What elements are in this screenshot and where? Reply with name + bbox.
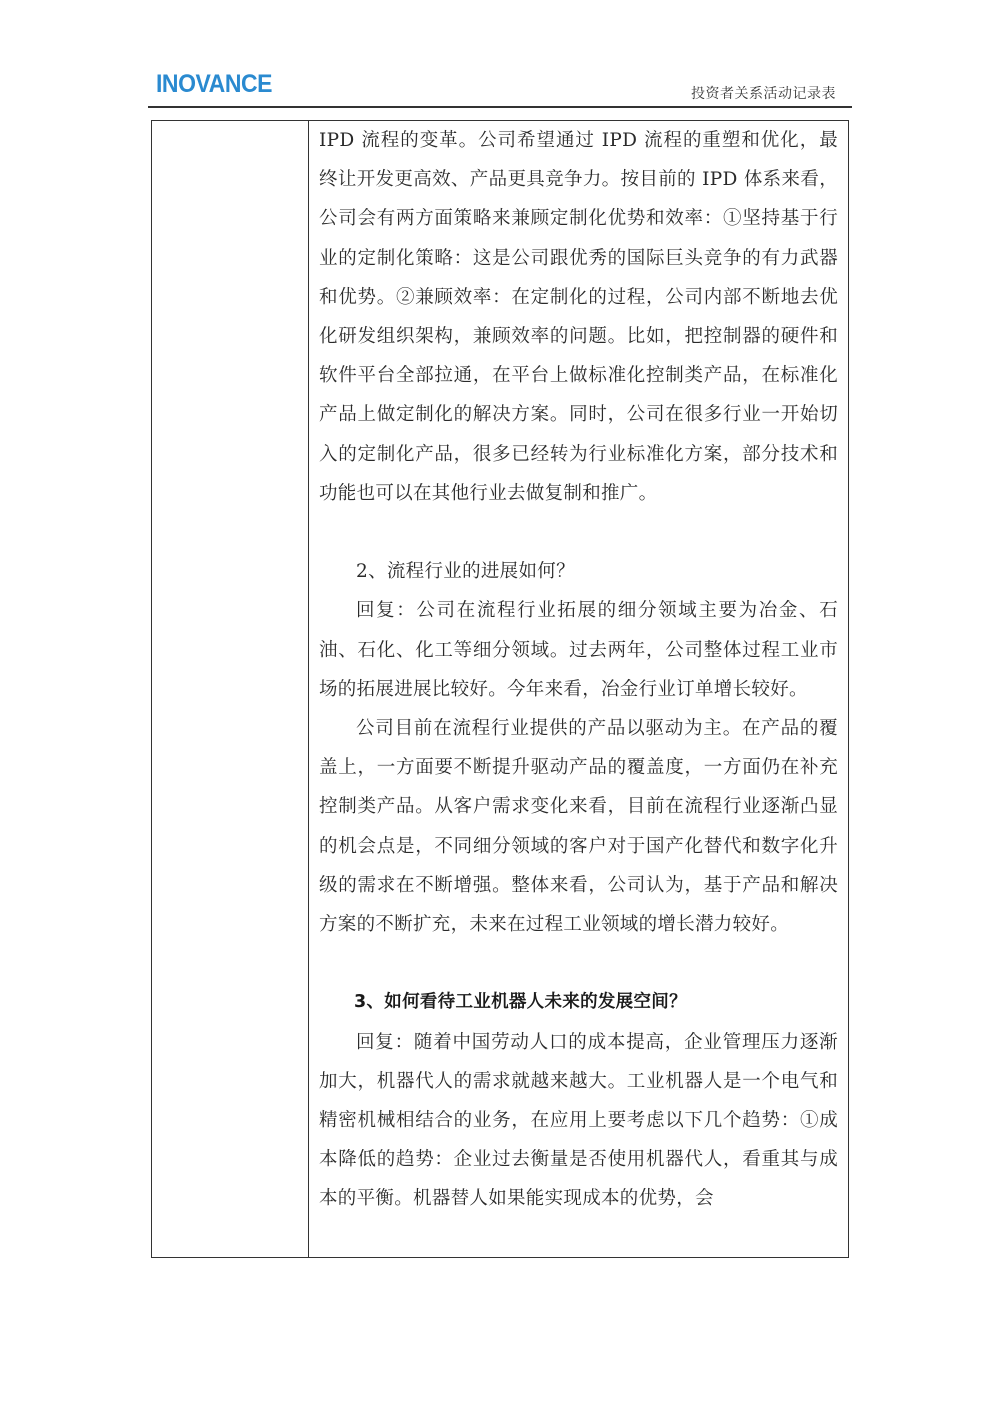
answer-2-paragraph-1: 回复：公司在流程行业拓展的细分领域主要为冶金、石油、石化、化工等细分领域。过去两…	[319, 591, 838, 709]
question-3-heading: 3、如何看待工业机器人未来的发展空间？	[319, 983, 838, 1022]
record-table: IPD 流程的变革。公司希望通过 IPD 流程的重塑和优化，最终让开发更高效、产…	[151, 120, 849, 1258]
inovance-logo: INOVANCE	[156, 70, 272, 99]
answer-2-paragraph-2: 公司目前在流程行业提供的产品以驱动为主。在产品的覆盖上，一方面要不断提升驱动产品…	[319, 709, 838, 944]
page-header: INOVANCE 投资者关系活动记录表	[148, 68, 852, 108]
answer-3-paragraph-1: 回复：随着中国劳动人口的成本提高，企业管理压力逐渐加大，机器代人的需求就越来越大…	[319, 1023, 838, 1219]
paragraph-spacer	[319, 944, 838, 983]
body-paragraph-ipd: IPD 流程的变革。公司希望通过 IPD 流程的重塑和优化，最终让开发更高效、产…	[319, 121, 838, 513]
table-content-cell: IPD 流程的变革。公司希望通过 IPD 流程的重塑和优化，最终让开发更高效、产…	[309, 121, 848, 1257]
table-label-cell	[152, 121, 309, 1257]
document-title: 投资者关系活动记录表	[691, 83, 836, 103]
paragraph-spacer	[319, 513, 838, 552]
question-2-heading: 2、流程行业的进展如何？	[319, 552, 838, 591]
